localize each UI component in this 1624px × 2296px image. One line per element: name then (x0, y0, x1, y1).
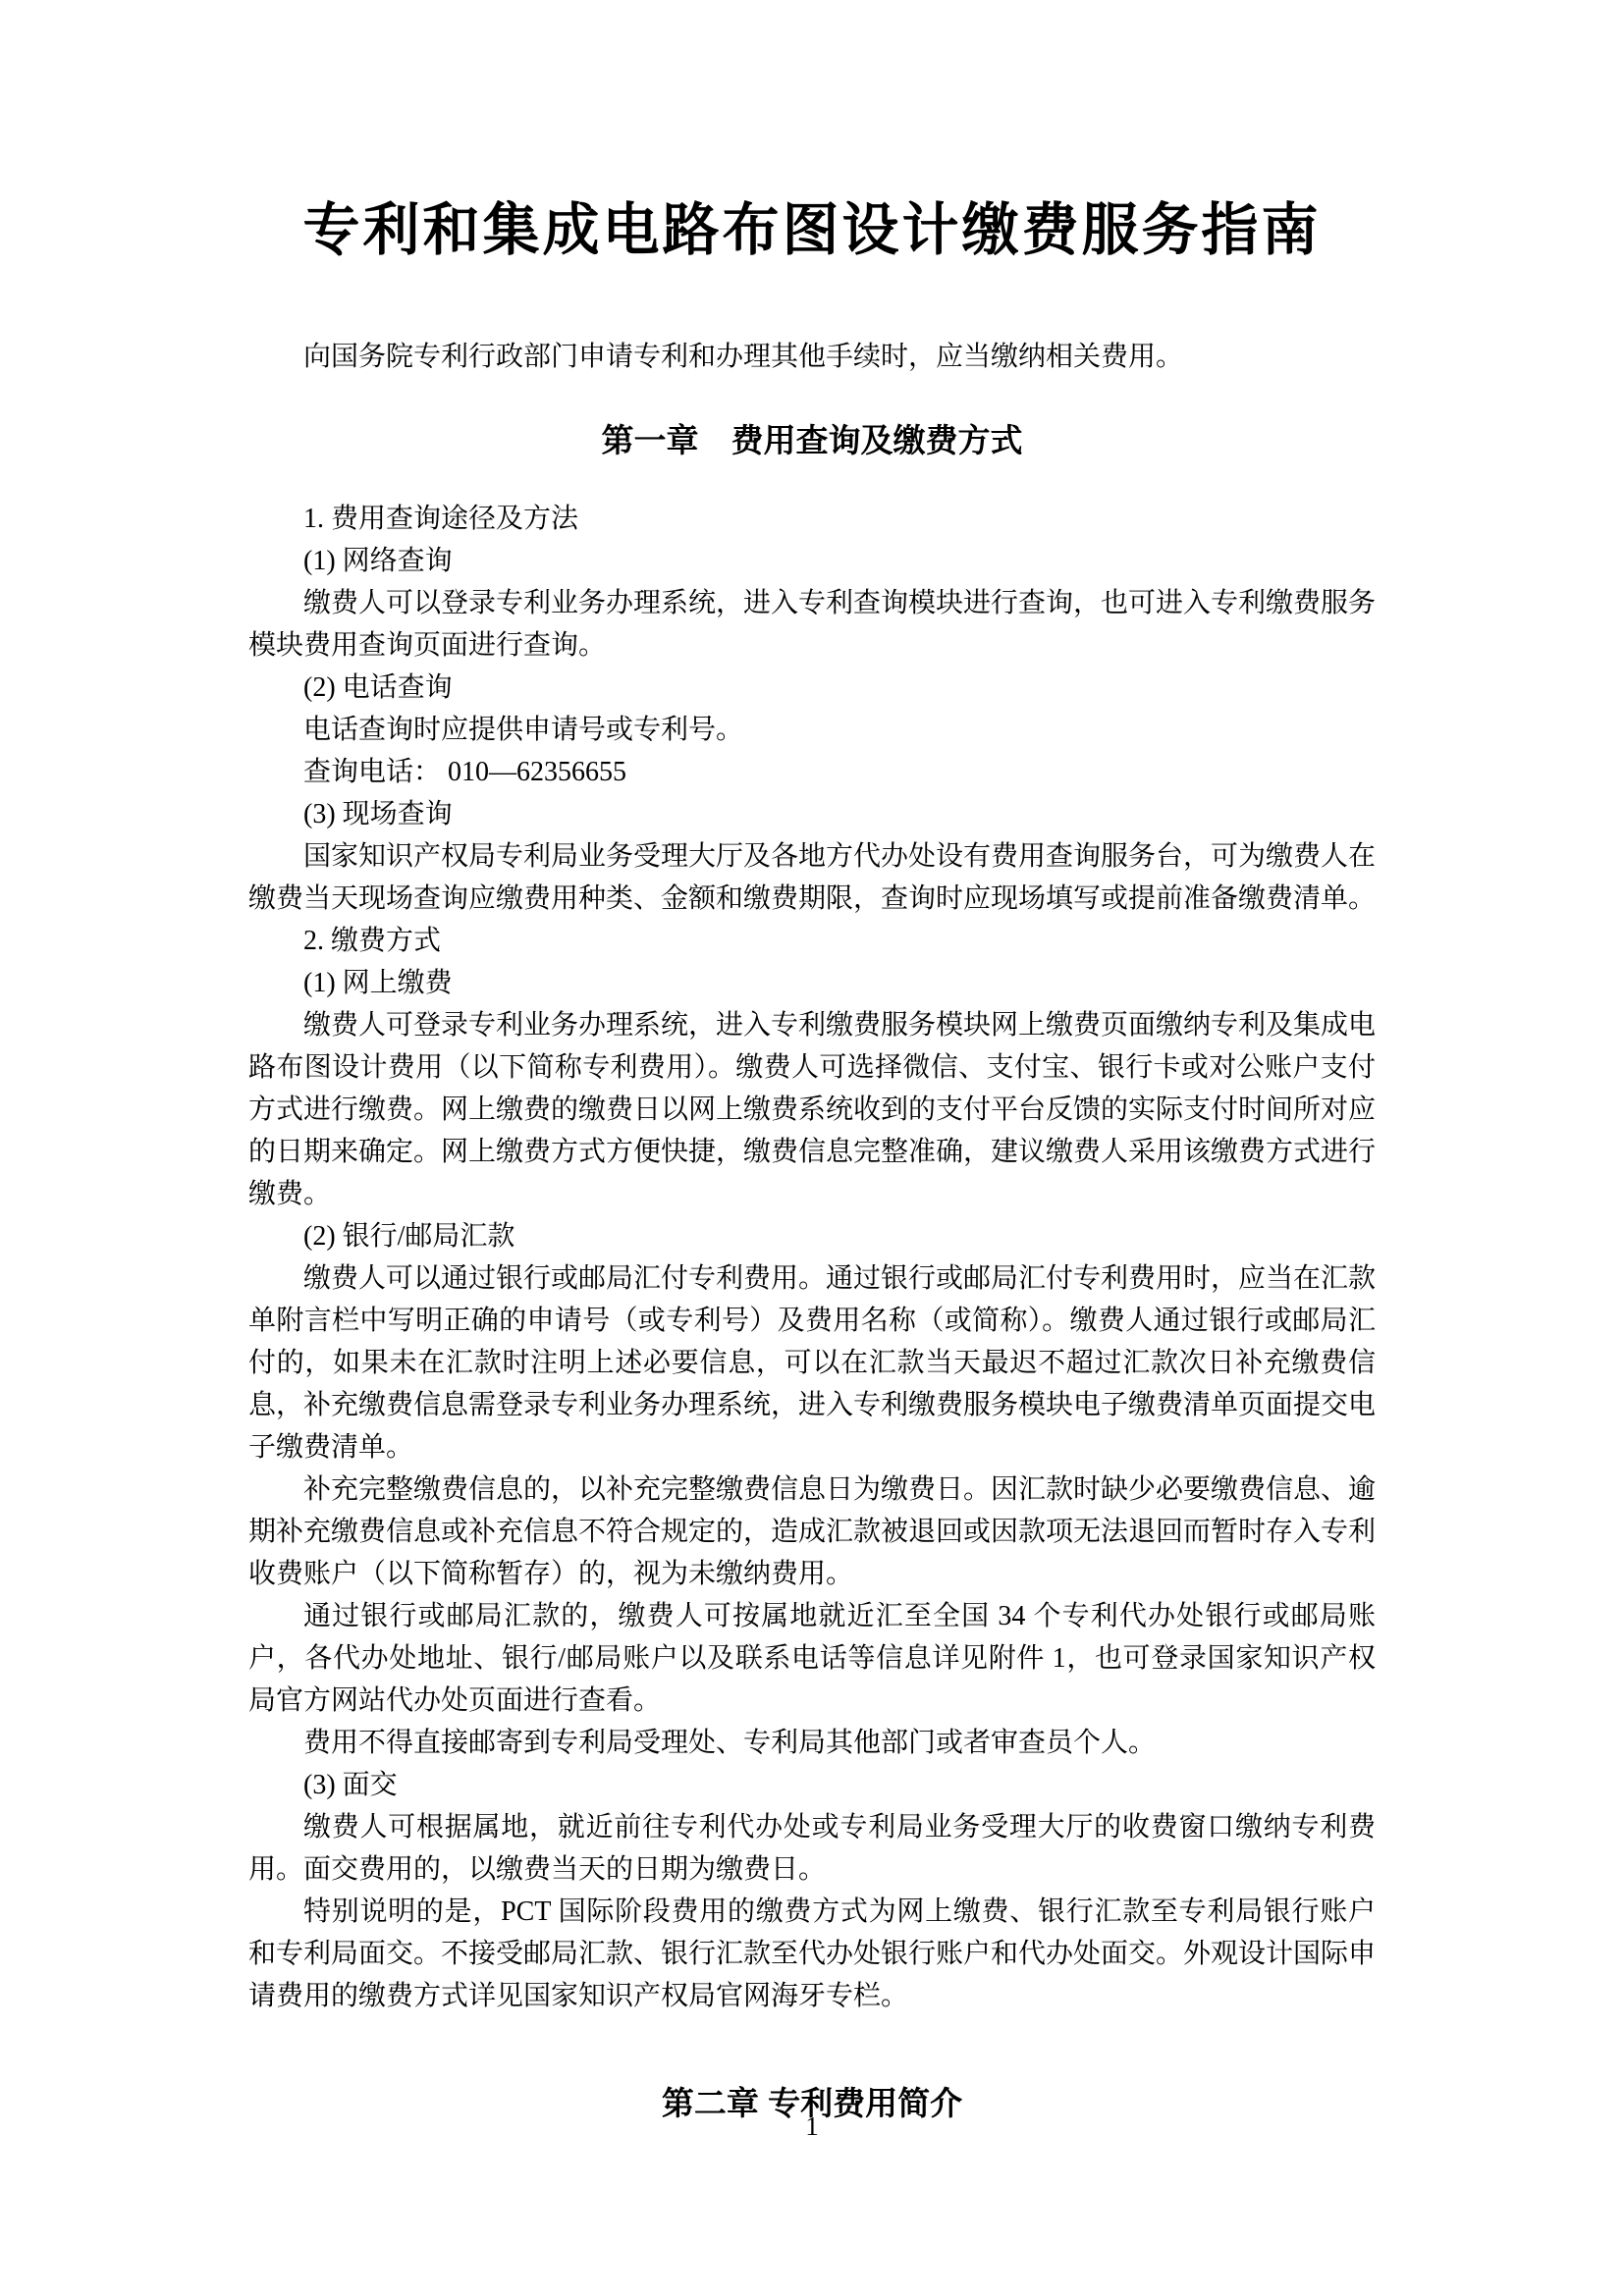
body-paragraph: 费用不得直接邮寄到专利局受理处、专利局其他部门或者审查员个人。 (248, 1722, 1376, 1764)
subsection-heading: (2) 电话查询 (248, 667, 1376, 709)
body-paragraph: 补充完整缴费信息的，以补充完整缴费信息日为缴费日。因汇款时缺少必要缴费信息、逾期… (248, 1468, 1376, 1595)
section-heading: 2. 缴费方式 (248, 920, 1376, 962)
document-page: 专利和集成电路布图设计缴费服务指南 向国务院专利行政部门申请专利和办理其他手续时… (0, 0, 1624, 2296)
document-content: 向国务院专利行政部门申请专利和办理其他手续时，应当缴纳相关费用。 第一章 费用查… (248, 336, 1376, 2125)
chapter-1-heading: 第一章 费用查询及缴费方式 (248, 419, 1376, 462)
body-paragraph: 特别说明的是，PCT 国际阶段费用的缴费方式为网上缴费、银行汇款至专利局银行账户… (248, 1891, 1376, 2017)
subsection-heading: (2) 银行/邮局汇款 (248, 1215, 1376, 1257)
subsection-heading: (1) 网络查询 (248, 540, 1376, 582)
body-paragraph: 缴费人可以通过银行或邮局汇付专利费用。通过银行或邮局汇付专利费用时，应当在汇款单… (248, 1257, 1376, 1468)
subsection-heading: (3) 面交 (248, 1764, 1376, 1806)
body-paragraph: 国家知识产权局专利局业务受理大厅及各地方代办处设有费用查询服务台，可为缴费人在缴… (248, 835, 1376, 920)
intro-paragraph: 向国务院专利行政部门申请专利和办理其他手续时，应当缴纳相关费用。 (248, 336, 1376, 378)
subsection-heading: (1) 网上缴费 (248, 962, 1376, 1004)
chapter-1-body: 1. 费用查询途径及方法(1) 网络查询缴费人可以登录专利业务办理系统，进入专利… (248, 498, 1376, 2017)
body-paragraph: 缴费人可登录专利业务办理系统，进入专利缴费服务模块网上缴费页面缴纳专利及集成电路… (248, 1004, 1376, 1215)
body-paragraph: 缴费人可根据属地，就近前往专利代办处或专利局业务受理大厅的收费窗口缴纳专利费用。… (248, 1806, 1376, 1891)
body-paragraph: 缴费人可以登录专利业务办理系统，进入专利查询模块进行查询，也可进入专利缴费服务模… (248, 582, 1376, 667)
body-paragraph: 电话查询时应提供申请号或专利号。 (248, 709, 1376, 751)
section-heading: 1. 费用查询途径及方法 (248, 498, 1376, 540)
subsection-heading: (3) 现场查询 (248, 793, 1376, 835)
page-number: 1 (0, 2107, 1624, 2146)
body-paragraph: 查询电话： 010—62356655 (248, 751, 1376, 793)
body-paragraph: 通过银行或邮局汇款的，缴费人可按属地就近汇至全国 34 个专利代办处银行或邮局账… (248, 1595, 1376, 1722)
document-title: 专利和集成电路布图设计缴费服务指南 (0, 0, 1624, 263)
